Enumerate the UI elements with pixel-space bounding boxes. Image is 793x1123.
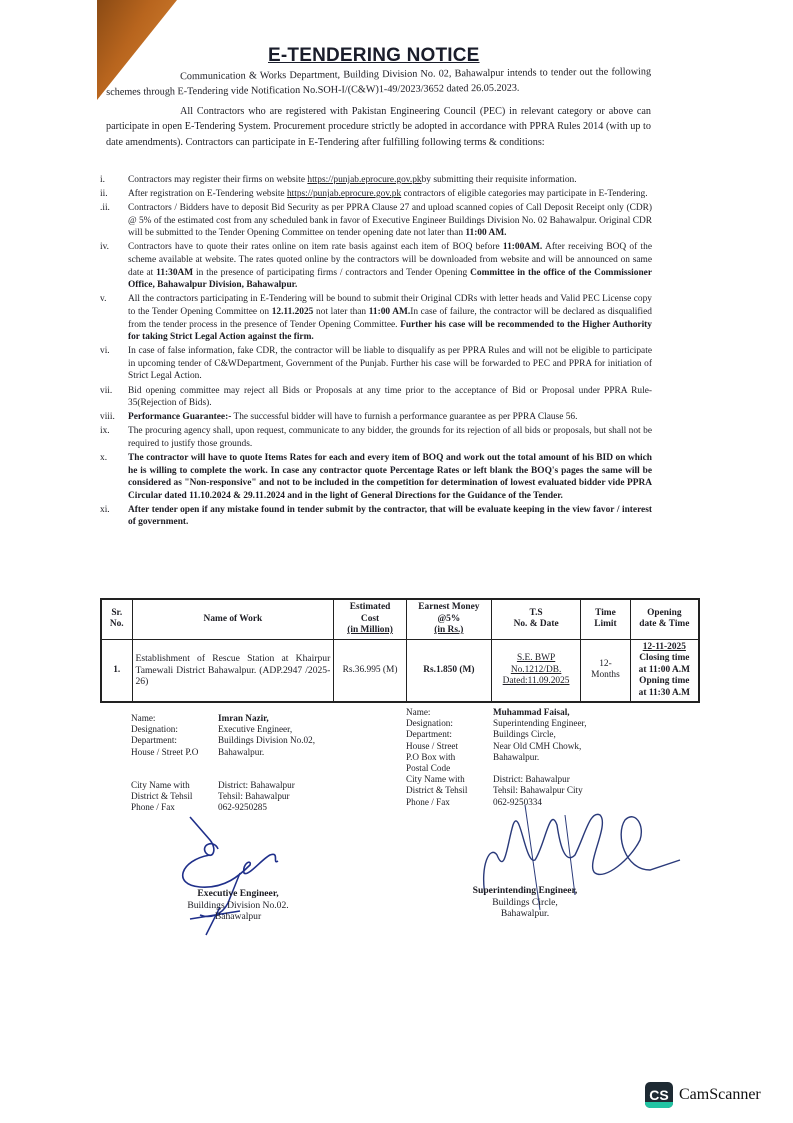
condition-number: v. <box>100 293 122 306</box>
camscanner-logo-icon: CS <box>645 1082 673 1108</box>
condition-text: The procuring agency shall, upon request… <box>128 426 652 449</box>
cell-ts-no-date: S.E. BWP No.1212/DB. Dated:11.09.2025 <box>491 639 580 702</box>
condition-item: vi.In case of false information, fake CD… <box>100 345 652 383</box>
condition-item: viii.Performance Guarantee:- The success… <box>100 411 652 424</box>
condition-text: In case of false information, fake CDR, … <box>128 346 652 381</box>
header-ts-no-date: T.S No. & Date <box>491 599 580 639</box>
cell-opening-date-time: 12-11-2025 Closing time at 11:00 A.M Opn… <box>630 639 699 702</box>
camscanner-watermark: CS CamScanner <box>645 1082 761 1108</box>
table-header-row: Sr. No. Name of Work Estimated Cost (in … <box>101 599 699 639</box>
header-time-limit: Time Limit <box>581 599 630 639</box>
condition-number: viii. <box>100 411 122 424</box>
intro-paragraph-1: Communication & Works Department, Buildi… <box>106 64 651 100</box>
condition-number: iv. <box>100 241 122 254</box>
header-sr-no: Sr. No. <box>101 599 132 639</box>
condition-item: .ii.Contractors / Bidders have to deposi… <box>100 202 652 240</box>
condition-text: The contractor will have to quote Items … <box>128 453 652 501</box>
cell-estimated-cost: Rs.36.995 (M) <box>334 639 407 702</box>
condition-item: ix.The procuring agency shall, upon requ… <box>100 425 652 450</box>
condition-number: i. <box>100 174 122 187</box>
condition-text: Contractors / Bidders have to deposit Bi… <box>128 203 652 238</box>
right-signatory-name: Muhammad Faisal, <box>493 707 686 718</box>
condition-number: ii. <box>100 188 122 201</box>
eprocure-link[interactable]: https://punjab.eprocure.gov.pk <box>287 189 401 199</box>
condition-item: vii.Bid opening committee may reject all… <box>100 385 652 410</box>
left-signatory-name: Imran Nazir, <box>218 713 391 724</box>
right-stamp: Superintending Engineer, Buildings Circl… <box>460 885 590 920</box>
condition-item: xi.After tender open if any mistake foun… <box>100 504 652 529</box>
intro-paragraph-2: All Contractors who are registered with … <box>106 104 651 150</box>
page-title: E-TENDERING NOTICE <box>268 45 480 67</box>
condition-text: Contractors may register their firms on … <box>128 175 577 185</box>
condition-number: vii. <box>100 385 122 398</box>
header-opening-date-time: Opening date & Time <box>630 599 699 639</box>
condition-text: Performance Guarantee:- The successful b… <box>128 412 577 422</box>
condition-text: All the contractors participating in E-T… <box>128 294 652 342</box>
cell-name-of-work: Establishment of Rescue Station at Khair… <box>132 639 334 702</box>
condition-number: .ii. <box>100 202 122 215</box>
table-row: 1. Establishment of Rescue Station at Kh… <box>101 639 699 702</box>
condition-item: i.Contractors may register their firms o… <box>100 174 652 187</box>
condition-number: vi. <box>100 345 122 358</box>
cell-time-limit: 12- Months <box>581 639 630 702</box>
condition-item: ii.After registration on E-Tendering web… <box>100 188 652 201</box>
conditions-list: i.Contractors may register their firms o… <box>100 174 652 531</box>
works-table: Sr. No. Name of Work Estimated Cost (in … <box>100 598 700 703</box>
condition-text: After tender open if any mistake found i… <box>128 505 652 528</box>
left-signatory-details: Name:Imran Nazir, Designation:Executive … <box>131 713 391 813</box>
condition-item: x.The contractor will have to quote Item… <box>100 452 652 502</box>
header-name-of-work: Name of Work <box>132 599 334 639</box>
condition-item: v.All the contractors participating in E… <box>100 293 652 343</box>
condition-text: Contractors have to quote their rates on… <box>128 242 652 290</box>
condition-number: xi. <box>100 504 122 517</box>
tender-notice-page: E-TENDERING NOTICE Communication & Works… <box>100 0 700 1123</box>
condition-text: Bid opening committee may reject all Bid… <box>128 386 652 409</box>
header-earnest-money: Earnest Money @5% (in Rs.) <box>406 599 491 639</box>
condition-text: After registration on E-Tendering websit… <box>128 189 648 199</box>
condition-item: iv.Contractors have to quote their rates… <box>100 241 652 291</box>
cell-sr: 1. <box>101 639 132 702</box>
condition-number: x. <box>100 452 122 465</box>
condition-number: ix. <box>100 425 122 438</box>
camscanner-brand: CamScanner <box>679 1086 761 1104</box>
header-estimated-cost: Estimated Cost (in Million) <box>334 599 407 639</box>
eprocure-link[interactable]: https://punjab.eprocure.gov.pk <box>307 175 421 185</box>
cell-earnest-money: Rs.1.850 (M) <box>406 639 491 702</box>
left-stamp: Executive Engineer, Buildings Division N… <box>168 888 308 923</box>
